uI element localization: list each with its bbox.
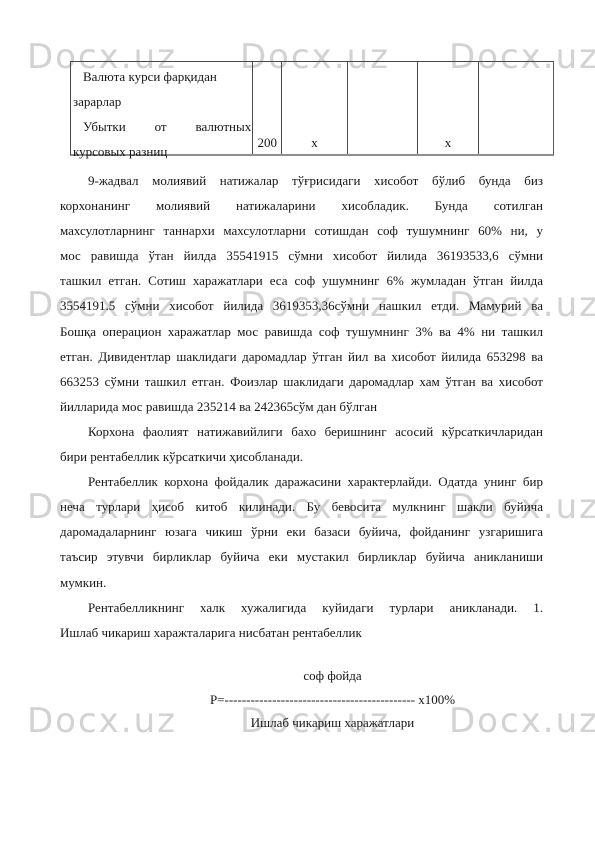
paragraph-line: бири рентабеллик кўрсаткичи ҳисобланади. [60,444,543,469]
account-name-line: Убытки от валютных [73,114,251,139]
paragraph-line: йилларида мос равишда 235214 ва 242365сў… [60,394,543,419]
paragraph-line: Бошқа операцион харажатлар мос равишда с… [60,319,543,344]
document-page: Docx.uz Docx.uz Docx.uz Docx.uz Docx.uz … [0,0,595,842]
paragraph-line: ташкил етган. Сотиш харажатлари еса соф … [60,268,543,293]
formula-denominator: Ишлаб чикариш харажатлари [122,711,543,735]
account-name-line: курсовых разниц [73,139,251,164]
paragraph-line: даромадаларнинг юзага чикиш ўрни еки баз… [60,519,543,544]
table-cell-account-name: Валюта курси фарқидан зарарлар Убытки от… [71,62,253,154]
formula-fraction-line: Р=--------------------------------------… [122,688,543,712]
paragraph-line: махсулотларнинг таннархи махсулотларни с… [60,218,543,243]
account-name-line: Валюта курси фарқидан [73,64,251,89]
paragraph-line: корхонанинг молиявий натижаларини хисобл… [60,193,543,218]
table-cell-blank [479,62,553,154]
paragraph-line: таъсир этувчи бирликлар буйича еки муста… [60,544,543,569]
paragraph-line: 3554191.5 сўмни хисобот йилида 3619353,3… [60,293,543,318]
rentability-formula: соф фойда Р=----------------------------… [60,664,543,735]
paragraph-line: Рентабеллик корхона фойдалик даражасини … [60,469,543,494]
account-name-line: зарарлар [73,89,251,114]
paragraph-line: мумкин. [60,570,543,595]
table-cell-blank [348,62,418,154]
paragraph-line: Корхона фаолият натижавийлиги бахо бериш… [60,419,543,444]
paragraph-line: етган. Дивидентлар шаклидаги даромадлар … [60,344,543,369]
paragraph-line: мос равишда ўтан йилда 35541915 сўмни хи… [60,243,543,268]
paragraph-line: Рентабелликнинг халк хужалигида куйидаги… [60,595,543,620]
paragraph-line: Ишлаб чикариш харажталарига нисбатан рен… [60,620,543,645]
body-text: 9-жадвал молиявий натижалар тўғрисидаги … [60,168,543,645]
paragraph-line: 663253 сўмни ташкил етган. Фоизлар шакли… [60,369,543,394]
table-cell-line-code: 200 [253,62,282,154]
financial-report-table: Валюта курси фарқидан зарарлар Убытки от… [70,61,554,156]
table-cell-prev-year-mark: х [282,62,348,154]
paragraph-line: неча турлари ҳисоб китоб килинади. Бу бе… [60,494,543,519]
table-cell-report-year-mark: х [418,62,480,154]
formula-numerator: соф фойда [122,664,543,688]
paragraph-line: 9-жадвал молиявий натижалар тўғрисидаги … [60,168,543,193]
